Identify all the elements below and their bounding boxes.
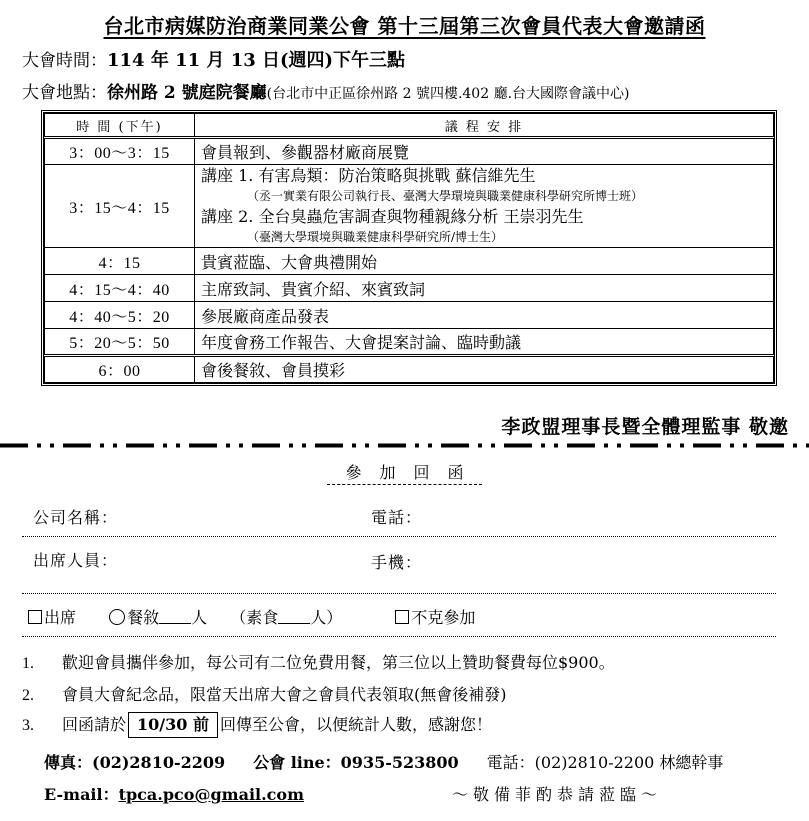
lecture-1: 講座 1. 有害鳥類：防治策略與挑戰 蘇信維先生 <box>201 165 767 187</box>
line-label: 公會 line： <box>253 753 341 772</box>
agenda-item: 會後餐敘、會員摸彩 <box>195 356 774 383</box>
agenda-item: 會員報到、參觀器材廠商展覽 <box>195 138 774 165</box>
title-text: 台北市病媒防治商業同業公會 第十三屆第三次會員代表大會邀請函 <box>104 14 706 38</box>
signature: 李政盟理事長暨全體理監事 敬邀 <box>501 412 789 439</box>
dotted-rule <box>22 593 776 594</box>
email-link[interactable]: tpca.pco@gmail.com <box>119 785 304 804</box>
dotted-rule <box>22 536 776 537</box>
attendee-label: 出席人員： <box>33 548 118 571</box>
reply-title-text: 參加回函 <box>327 462 481 485</box>
agenda-item: 參展廠商產品發表 <box>195 302 774 329</box>
reply-form-title: 參加回函 <box>0 462 809 485</box>
note-number: 2. <box>22 687 62 705</box>
agenda-table: 時 間 (下午) 議 程 安 排 3：00～3：15 會員報到、參觀器材廠商展覽… <box>41 110 777 386</box>
agenda-time: 3：15～4：15 <box>45 165 195 248</box>
lecture-2-note: （臺灣大學環境與職業健康科學研究所/博士生） <box>201 228 767 247</box>
note-text: 歡迎會員攜伴參加，每公司有二位免費用餐，第三位以上贊助餐費每位$900。 <box>62 653 615 672</box>
line-id: 0935-523800 <box>341 753 459 772</box>
vegetarian-suffix: 人） <box>310 608 342 627</box>
decline-option[interactable]: 不克參加 <box>395 605 475 628</box>
note-number: 1. <box>22 655 62 673</box>
vegetarian-option: （素食人） <box>230 605 342 628</box>
attendance-options: 出席 餐敘人 （素食人） 不克參加 <box>28 605 503 628</box>
meeting-time: 大會時間：114 年 11 月 13 日(週四)下午三點 <box>22 46 405 72</box>
note-text: 會員大會紀念品，限當天出席大會之會員代表領取(無會後補發) <box>62 685 507 704</box>
agenda-time: 3：00～3：15 <box>45 138 195 165</box>
contact-line: 傳真：(02)2810-2209公會 line：0935-523800電話：(0… <box>44 750 723 773</box>
lecture-1-note: （丞一實業有限公司執行長、臺灣大學環境與職業健康科學研究所博士班） <box>201 187 767 206</box>
note-3: 3.回函請於10/30 前回傳至公會，以便統計人數，感謝您！ <box>22 712 492 738</box>
company-name-label: 公司名稱： <box>33 505 118 528</box>
agenda-lectures: 講座 1. 有害鳥類：防治策略與挑戰 蘇信維先生 （丞一實業有限公司執行長、臺灣… <box>195 165 774 248</box>
meeting-place-label: 大會地點： <box>22 83 107 103</box>
dinner-option[interactable]: 餐敘人 <box>109 605 207 628</box>
tel-number: (02)2810-2200 林總幹事 <box>535 753 724 772</box>
email-label: E-mail： <box>44 785 119 804</box>
agenda-row: 6：00 會後餐敘、會員摸彩 <box>45 356 774 383</box>
checkbox-icon[interactable] <box>28 610 42 624</box>
checkbox-icon[interactable] <box>395 610 409 624</box>
phone-label: 電話： <box>371 505 422 528</box>
note-text: 回函請於 <box>62 715 126 734</box>
dinner-unit: 人 <box>191 608 207 627</box>
fax-label: 傳真： <box>44 753 92 772</box>
vegetarian-prefix: （素食 <box>230 608 278 627</box>
document-title: 台北市病媒防治商業同業公會 第十三屆第三次會員代表大會邀請函 <box>0 10 809 39</box>
attend-option[interactable]: 出席 <box>28 605 76 628</box>
note-number: 3. <box>22 717 62 735</box>
closing-text: ～敬備菲酌恭請蒞臨～ <box>452 782 662 805</box>
agenda-item: 貴賓蒞臨、大會典禮開始 <box>195 248 774 275</box>
phone-field[interactable] <box>430 500 770 528</box>
agenda-time: 4：40～5：20 <box>45 302 195 329</box>
agenda-row: 3：00～3：15 會員報到、參觀器材廠商展覽 <box>45 138 774 165</box>
agenda-time: 5：20～5：50 <box>45 329 195 356</box>
agenda-time: 4：15 <box>45 248 195 275</box>
radio-circle-icon[interactable] <box>109 609 125 625</box>
agenda-row: 4：40～5：20 參展廠商產品發表 <box>45 302 774 329</box>
agenda-time: 4：15～4：40 <box>45 275 195 302</box>
email-line: E-mail：tpca.pco@gmail.com <box>44 782 304 805</box>
dotted-rule <box>22 636 776 637</box>
attendee-field[interactable] <box>130 545 360 585</box>
agenda-row: 4：15～4：40 主席致詞、貴賓介紹、來賓致詞 <box>45 275 774 302</box>
agenda-time: 6：00 <box>45 356 195 383</box>
tel-label: 電話： <box>487 753 535 772</box>
meeting-place-detail: (台北市中正區徐州路 2 號四樓.402 廳.台大國際會議中心) <box>267 86 630 102</box>
agenda-row: 4：15 貴賓蒞臨、大會典禮開始 <box>45 248 774 275</box>
agenda-item: 年度會務工作報告、大會提案討論、臨時動議 <box>195 329 774 356</box>
note-2: 2.會員大會紀念品，限當天出席大會之會員代表領取(無會後補發) <box>22 682 507 705</box>
header-schedule: 議 程 安 排 <box>195 114 774 138</box>
meeting-place-value: 徐州路 2 號庭院餐廳 <box>107 83 267 103</box>
dinner-label: 餐敘 <box>127 608 159 627</box>
cut-line-divider <box>0 443 809 448</box>
lecture-2: 講座 2. 全台臭蟲危害調查與物種親緣分析 王崇羽先生 <box>201 206 767 228</box>
deadline-box: 10/30 前 <box>128 712 218 738</box>
dinner-count-blank[interactable] <box>159 609 191 624</box>
attend-label: 出席 <box>44 608 76 627</box>
meeting-place: 大會地點：徐州路 2 號庭院餐廳(台北市中正區徐州路 2 號四樓.402 廳.台… <box>22 78 629 103</box>
mobile-label: 手機： <box>371 550 422 573</box>
note-text: 回傳至公會，以便統計人數，感謝您！ <box>220 715 492 734</box>
decline-label: 不克參加 <box>411 608 475 627</box>
note-1: 1.歡迎會員攜伴參加，每公司有二位免費用餐，第三位以上贊助餐費每位$900。 <box>22 650 615 673</box>
fax-number: (02)2810-2209 <box>92 753 225 772</box>
agenda-item: 主席致詞、貴賓介紹、來賓致詞 <box>195 275 774 302</box>
mobile-field[interactable] <box>430 545 770 585</box>
company-name-field[interactable] <box>130 500 360 528</box>
agenda-row-lectures: 3：15～4：15 講座 1. 有害鳥類：防治策略與挑戰 蘇信維先生 （丞一實業… <box>45 165 774 248</box>
meeting-time-label: 大會時間： <box>22 51 107 71</box>
meeting-time-value: 114 年 11 月 13 日(週四)下午三點 <box>107 50 405 71</box>
vegetarian-count-blank[interactable] <box>278 609 310 624</box>
agenda-row: 5：20～5：50 年度會務工作報告、大會提案討論、臨時動議 <box>45 329 774 356</box>
header-time: 時 間 (下午) <box>45 114 195 138</box>
